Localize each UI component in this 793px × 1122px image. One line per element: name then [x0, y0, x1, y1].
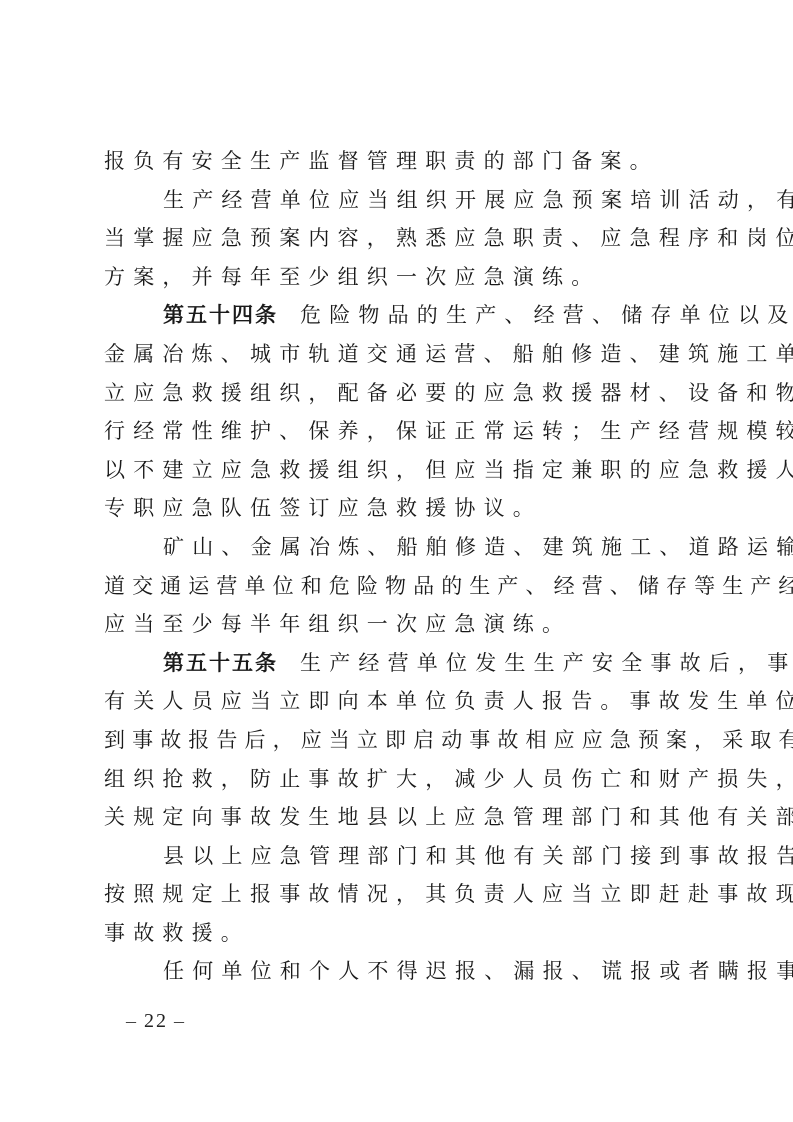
text-line: 关规定向事故发生地县以上应急管理部门和其他有关部门报告。: [104, 798, 704, 837]
text-line: 任何单位和个人不得迟报、漏报、谎报或者瞒报事故。: [104, 952, 704, 991]
page-number-dash: –: [174, 1010, 186, 1033]
text-line: 道交通运营单位和危险物品的生产、经营、储存等生产经营单位，: [104, 567, 704, 606]
text-line: 组织抢救，防止事故扩大，减少人员伤亡和财产损失，并按照有: [104, 760, 704, 799]
text-line: 到事故报告后，应当立即启动事故相应应急预案，采取有效措施，: [104, 721, 704, 760]
text-line: 金属冶炼、城市轨道交通运营、船舶修造、建筑施工单位应当建: [104, 335, 704, 374]
text-line: 应当至少每半年组织一次应急演练。: [104, 605, 704, 644]
article-text: 危险物品的生产、经营、储存单位以及矿山、: [300, 303, 793, 327]
page-number-value: 22: [144, 1010, 168, 1032]
text-line: 县以上应急管理部门和其他有关部门接到事故报告后，应当: [104, 837, 704, 876]
text-line: 当掌握应急预案内容，熟悉应急职责、应急程序和岗位应急处置: [104, 219, 704, 258]
article-text: 生产经营单位发生生产安全事故后，事故现场: [300, 651, 793, 675]
text-line: 报负有安全生产监督管理职责的部门备案。: [104, 142, 704, 181]
text-line: 行经常性维护、保养，保证正常运转；生产经营规模较小的，可: [104, 412, 704, 451]
text-line: 矿山、金属冶炼、船舶修造、建筑施工、道路运输、城市轨: [104, 528, 704, 567]
document-page: 报负有安全生产监督管理职责的部门备案。 生产经营单位应当组织开展应急预案培训活动…: [0, 0, 793, 1122]
text-line: 以不建立应急救援组织，但应当指定兼职的应急救援人员，并与: [104, 451, 704, 490]
text-line: 生产经营单位应当组织开展应急预案培训活动，有关人员应: [104, 181, 704, 220]
document-body: 报负有安全生产监督管理职责的部门备案。 生产经营单位应当组织开展应急预案培训活动…: [104, 142, 704, 991]
page-number: –22–: [120, 1010, 192, 1033]
text-line: 立应急救援组织，配备必要的应急救援器材、设备和物资，并进: [104, 374, 704, 413]
text-line: 有关人员应当立即向本单位负责人报告。事故发生单位负责人接: [104, 682, 704, 721]
article-first-line: 第五十四条危险物品的生产、经营、储存单位以及矿山、: [104, 296, 704, 335]
page-number-dash: –: [126, 1010, 138, 1033]
text-line: 按照规定上报事故情况，其负责人应当立即赶赴事故现场，组织: [104, 875, 704, 914]
article-heading: 第五十五条: [163, 651, 278, 675]
text-line: 专职应急队伍签订应急救援协议。: [104, 489, 704, 528]
article-first-line: 第五十五条生产经营单位发生生产安全事故后，事故现场: [104, 644, 704, 683]
article-heading: 第五十四条: [163, 303, 278, 327]
text-line: 方案，并每年至少组织一次应急演练。: [104, 258, 704, 297]
text-line: 事故救援。: [104, 914, 704, 953]
